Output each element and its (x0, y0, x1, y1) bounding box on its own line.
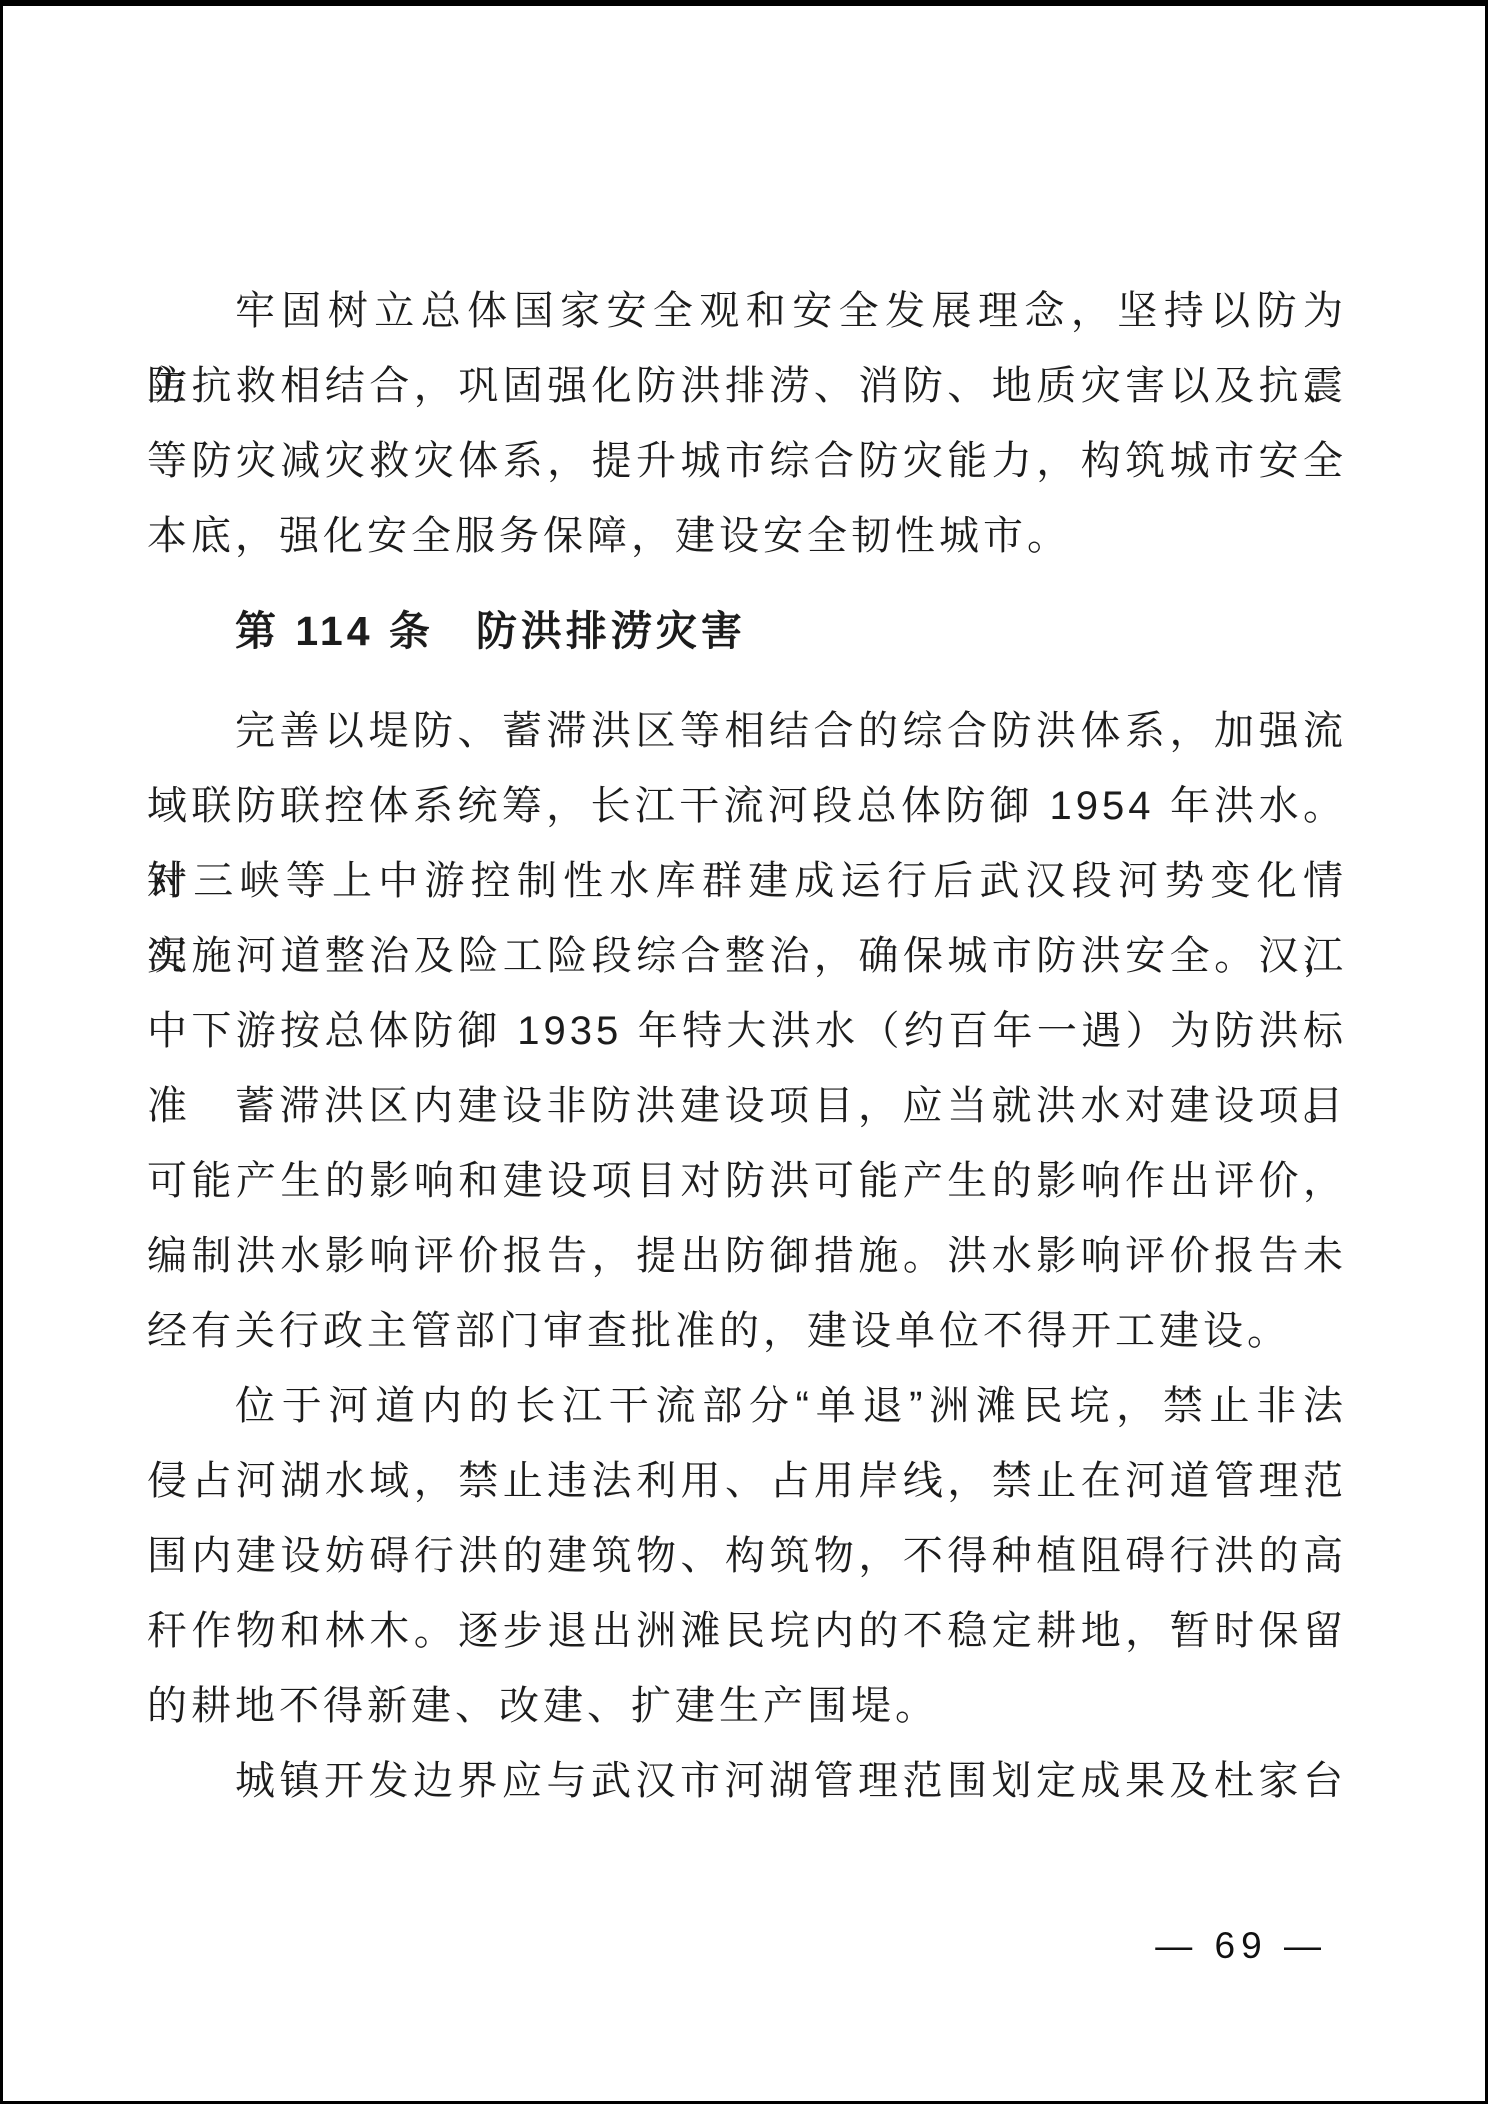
paragraph-river-course-management: 位于河道内的长江干流部分“单退”洲滩民垸，禁止非法 侵占河湖水域，禁止违法利用、… (147, 1369, 1347, 1744)
text-line: 防抗救相结合，巩固强化防洪排涝、消防、地质灾害以及抗震 (147, 349, 1347, 424)
text-line: 围内建设妨碍行洪的建筑物、构筑物，不得种植阻碍行洪的高 (147, 1519, 1347, 1594)
text-line: 城镇开发边界应与武汉市河湖管理范围划定成果及杜家台 (147, 1744, 1347, 1819)
article-number: 第 114 条 (235, 608, 434, 654)
text-line: 对三峡等上中游控制性水库群建成运行后武汉段河势变化情况， (147, 844, 1347, 919)
page-number: — 69 — (1155, 1911, 1327, 1981)
text-line: 编制洪水影响评价报告，提出防御措施。洪水影响评价报告未 (147, 1219, 1347, 1294)
text-line: 域联防联控体系统筹，长江干流河段总体防御 1954 年洪水。针 (147, 769, 1347, 844)
text-line: 经有关行政主管部门审查批准的，建设单位不得开工建设。 (147, 1294, 1347, 1369)
text-line: 可能产生的影响和建设项目对防洪可能产生的影响作出评价， (147, 1144, 1347, 1219)
text-line: 完善以堤防、蓄滞洪区等相结合的综合防洪体系，加强流 (147, 694, 1347, 769)
text-line: 秆作物和林木。逐步退出洲滩民垸内的不稳定耕地，暂时保留 (147, 1594, 1347, 1669)
paragraph-flood-control-system: 完善以堤防、蓄滞洪区等相结合的综合防洪体系，加强流 域联防联控体系统筹，长江干流… (147, 694, 1347, 1069)
text-line: 本底，强化安全服务保障，建设安全韧性城市。 (147, 499, 1347, 574)
text-line: 中下游按总体防御 1935 年特大洪水（约百年一遇）为防洪标准。 (147, 994, 1347, 1069)
document-page: 牢固树立总体国家安全观和安全发展理念，坚持以防为主、 防抗救相结合，巩固强化防洪… (0, 0, 1488, 2104)
text-line: 侵占河湖水域，禁止违法利用、占用岸线，禁止在河道管理范 (147, 1444, 1347, 1519)
article-heading: 第 114 条防洪排涝灾害 (147, 594, 1347, 669)
text-line: 位于河道内的长江干流部分“单退”洲滩民垸，禁止非法 (147, 1369, 1347, 1444)
text-line: 的耕地不得新建、改建、扩建生产围堤。 (147, 1669, 1347, 1744)
paragraph-safety-resilience: 牢固树立总体国家安全观和安全发展理念，坚持以防为主、 防抗救相结合，巩固强化防洪… (147, 274, 1347, 574)
text-line: 牢固树立总体国家安全观和安全发展理念，坚持以防为主、 (147, 274, 1347, 349)
text-line: 实施河道整治及险工险段综合整治，确保城市防洪安全。汉江 (147, 919, 1347, 994)
text-line: 蓄滞洪区内建设非防洪建设项目，应当就洪水对建设项目 (147, 1069, 1347, 1144)
paragraph-urban-development-boundary: 城镇开发边界应与武汉市河湖管理范围划定成果及杜家台 (147, 1744, 1347, 1819)
article-title: 防洪排涝灾害 (476, 608, 746, 654)
text-line: 等防灾减灾救灾体系，提升城市综合防灾能力，构筑城市安全 (147, 424, 1347, 499)
document-body: 牢固树立总体国家安全观和安全发展理念，坚持以防为主、 防抗救相结合，巩固强化防洪… (147, 274, 1347, 1819)
paragraph-flood-impact-evaluation: 蓄滞洪区内建设非防洪建设项目，应当就洪水对建设项目 可能产生的影响和建设项目对防… (147, 1069, 1347, 1369)
